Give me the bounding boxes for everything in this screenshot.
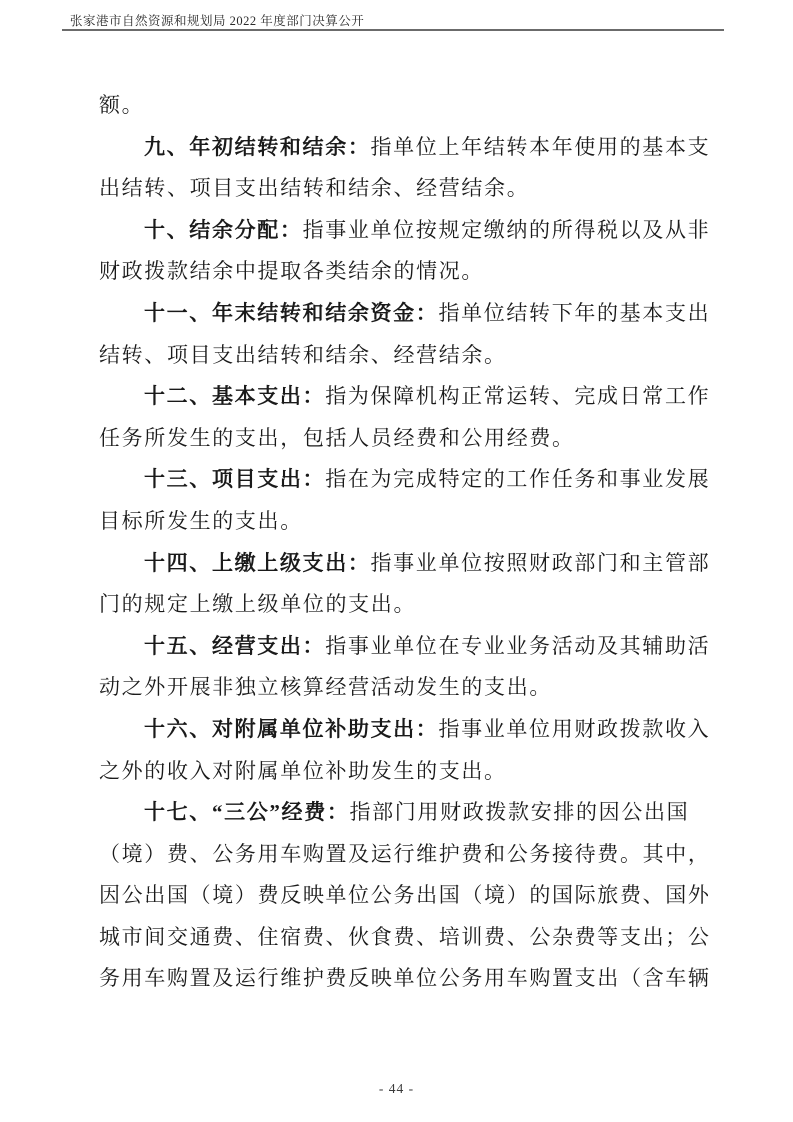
header-rule-divider [62,29,724,31]
term-label: 十二、基本支出： [144,384,325,408]
paragraph-term-17: 十七、“三公”经费：指部门用财政拨款安排的因公出国（境）费、公务用车购置及运行维… [99,792,711,1000]
paragraph-term-16: 十六、对附属单位补助支出：指事业单位用财政拨款收入之外的收入对附属单位补助发生的… [99,709,711,792]
page-number: - 44 - [379,1081,414,1096]
paragraph-term-12: 十二、基本支出：指为保障机构正常运转、完成日常工作任务所发生的支出，包括人员经费… [99,376,711,459]
page-footer: - 44 - [0,1081,793,1097]
paragraph-term-13: 十三、项目支出：指在为完成特定的工作任务和事业发展目标所发生的支出。 [99,459,711,542]
term-label: 十、结余分配： [144,218,303,242]
paragraph-term-11: 十一、年末结转和结余资金：指单位结转下年的基本支出结转、项目支出结转和结余、经营… [99,293,711,376]
term-label: 十六、对附属单位补助支出： [144,717,438,741]
document-body: 额。 九、年初结转和结余：指单位上年结转本年使用的基本支出结转、项目支出结转和结… [99,85,711,1000]
paragraph-term-9: 九、年初结转和结余：指单位上年结转本年使用的基本支出结转、项目支出结转和结余、经… [99,127,711,210]
term-label: 十五、经营支出： [144,634,325,658]
definition-text: 指部门用财政拨款安排的因公出国（境）费、公务用车购置及运行维护费和公务接待费。其… [99,800,711,990]
paragraph-term-14: 十四、上缴上级支出：指事业单位按照财政部门和主管部门的规定上缴上级单位的支出。 [99,543,711,626]
term-label: 十三、项目支出： [144,467,325,491]
term-label: 十一、年末结转和结余资金： [144,301,438,325]
term-label: 九、年初结转和结余： [144,135,371,159]
page-header-title: 张家港市自然资源和规划局 2022 年度部门决算公开 [70,11,364,29]
paragraph-continuation: 额。 [99,85,711,127]
paragraph-term-10: 十、结余分配：指事业单位按规定缴纳的所得税以及从非财政拨款结余中提取各类结余的情… [99,210,711,293]
paragraph-term-15: 十五、经营支出：指事业单位在专业业务活动及其辅助活动之外开展非独立核算经营活动发… [99,626,711,709]
term-label: 十七、“三公”经费： [144,800,350,824]
term-label: 十四、上缴上级支出： [144,551,371,575]
document-page: 张家港市自然资源和规划局 2022 年度部门决算公开 额。 九、年初结转和结余：… [0,0,793,1122]
definition-text: 额。 [99,93,144,117]
